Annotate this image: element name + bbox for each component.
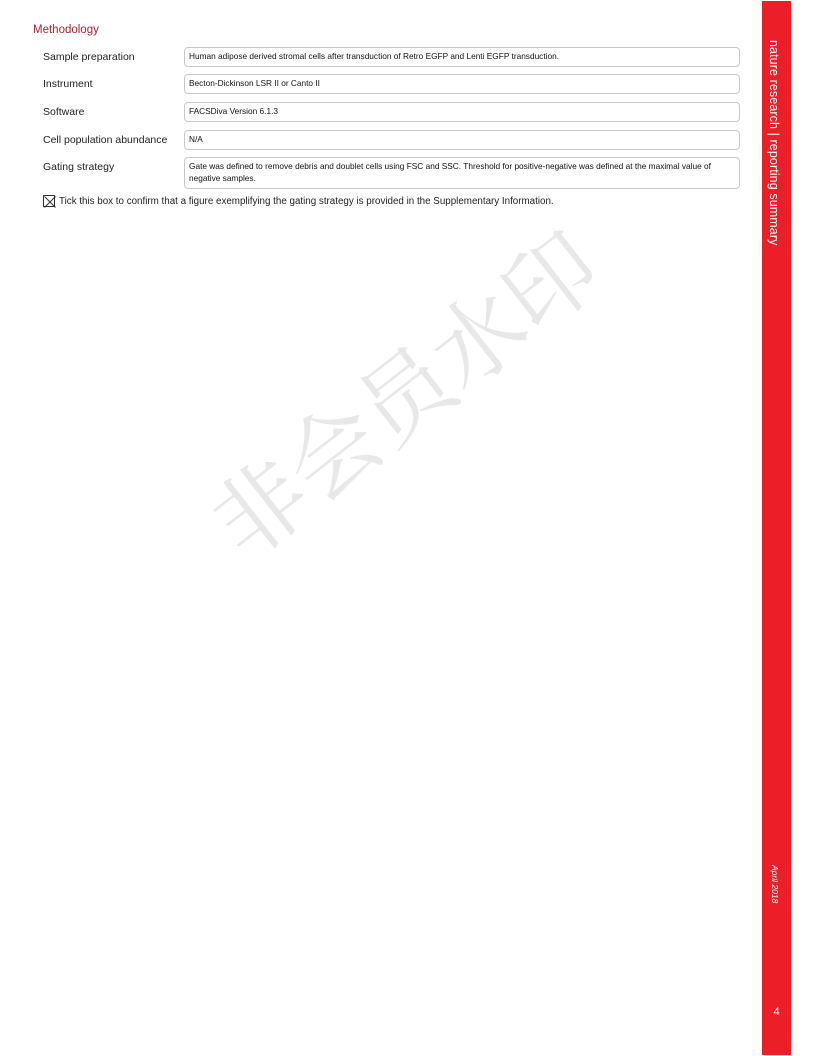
sidebar-date: April 2018 bbox=[770, 865, 780, 903]
page-number: 4 bbox=[762, 1006, 791, 1018]
field-label: Sample preparation bbox=[43, 50, 135, 64]
checked-x-icon bbox=[44, 196, 56, 208]
checkbox-label: Tick this box to confirm that a figure e… bbox=[59, 196, 554, 207]
instrument-field[interactable]: Becton-Dickinson LSR II or Canto II bbox=[184, 74, 740, 94]
field-label: Gating strategy bbox=[43, 160, 114, 174]
field-label: Instrument bbox=[43, 77, 93, 91]
cell-population-abundance-field[interactable]: N/A bbox=[184, 130, 740, 150]
section-title: Methodology bbox=[33, 24, 99, 36]
field-label: Software bbox=[43, 105, 84, 119]
gating-figure-confirmation: Tick this box to confirm that a figure e… bbox=[43, 195, 554, 207]
gating-strategy-field[interactable]: Gate was defined to remove debris and do… bbox=[184, 157, 740, 189]
sidebar-title: nature research | reporting summary bbox=[767, 40, 781, 245]
gating-figure-checkbox[interactable] bbox=[43, 195, 55, 207]
watermark: 非会员水印 bbox=[180, 197, 624, 584]
sample-preparation-field[interactable]: Human adipose derived stromal cells afte… bbox=[184, 47, 740, 67]
field-label: Cell population abundance bbox=[43, 133, 167, 147]
software-field[interactable]: FACSDiva Version 6.1.3 bbox=[184, 102, 740, 122]
